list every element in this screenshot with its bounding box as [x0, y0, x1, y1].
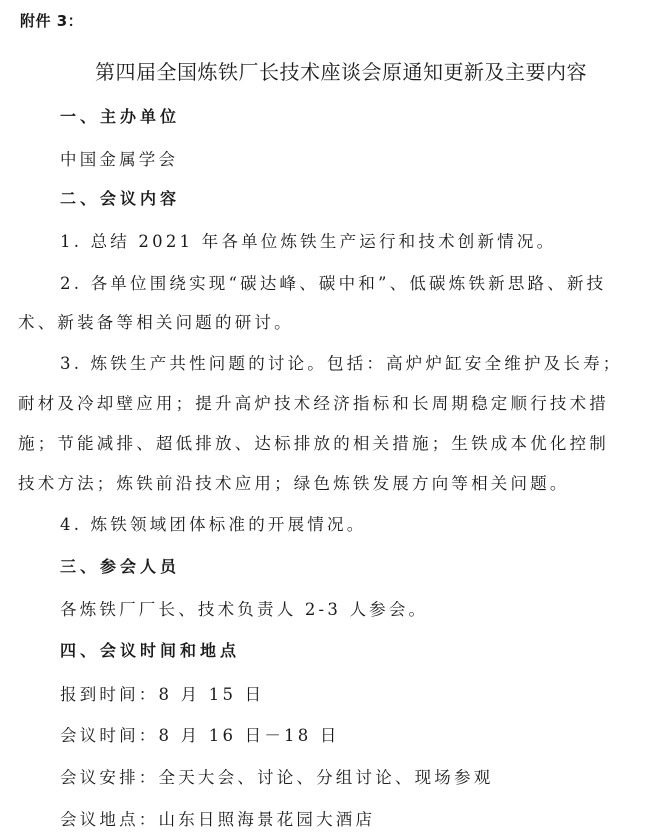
section-heading-organizer: 一、主办单位 [0, 104, 660, 127]
organizer-name: 中国金属学会 [0, 146, 660, 170]
meeting-time: 会议时间：8 月 16 日－18 日 [0, 722, 660, 746]
content-item-3-line-2: 耐材及冷却壁应用；提升高炉技术经济指标和长周期稳定顺行技术措 [0, 390, 660, 414]
content-item-2-line-2: 术、新装备等相关问题的研讨。 [0, 309, 660, 333]
content-item-1: 1. 总结 2021 年各单位炼铁生产运行和技术创新情况。 [0, 228, 660, 252]
content-item-2-line-1: 2. 各单位围绕实现“碳达峰、碳中和”、低碳炼铁新思路、新技 [0, 270, 660, 294]
content-item-4: 4. 炼铁领域团体标准的开展情况。 [0, 511, 660, 535]
content-item-3-line-3: 施；节能减排、超低排放、达标排放的相关措施；生铁成本优化控制 [0, 430, 660, 454]
section-heading-time-place: 四、会议时间和地点 [0, 638, 660, 661]
content-item-3-line-4: 技术方法；炼铁前沿技术应用；绿色炼铁发展方向等相关问题。 [0, 470, 660, 494]
meeting-location: 会议地点：山东日照海景花园大酒店 [0, 806, 660, 830]
attendees-description: 各炼铁厂厂长、技术负责人 2-3 人参会。 [0, 596, 660, 620]
content-item-3-line-1: 3. 炼铁生产共性问题的讨论。包括：高炉炉缸安全维护及长寿； [0, 350, 660, 374]
attachment-label: 附件 3： [20, 10, 83, 31]
meeting-agenda: 会议安排：全天大会、讨论、分组讨论、现场参观 [0, 764, 660, 788]
section-heading-attendees: 三、参会人员 [0, 554, 660, 577]
document-page: 附件 3： 第四届全国炼铁厂长技术座谈会原通知更新及主要内容 一、主办单位 中国… [0, 0, 660, 840]
document-title: 第四届全国炼铁厂长技术座谈会原通知更新及主要内容 [0, 56, 660, 85]
registration-time: 报到时间：8 月 15 日 [0, 681, 660, 705]
section-heading-content: 二、会议内容 [0, 186, 660, 209]
